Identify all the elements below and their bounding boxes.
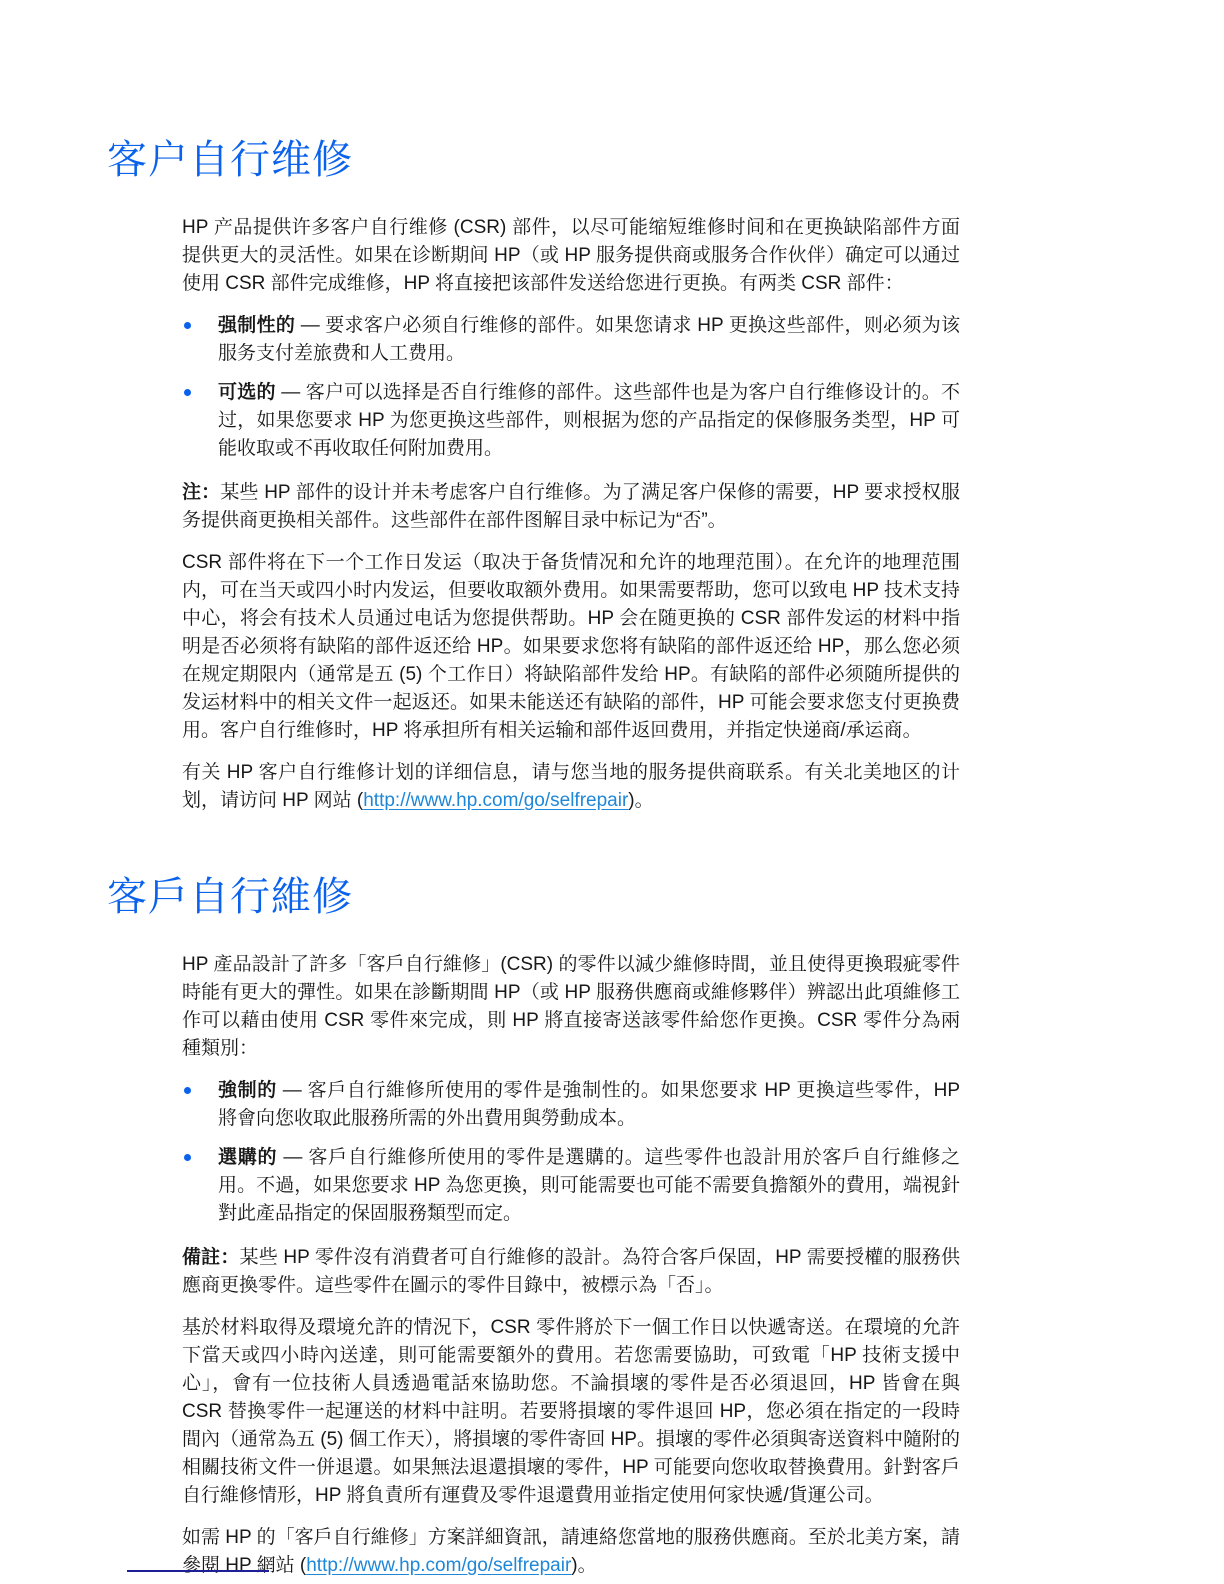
term-description: — 客户可以选择是否自行维修的部件。这些部件也是为客户自行维修设计的。不过，如果… bbox=[218, 382, 960, 459]
term-description: — 要求客户必须自行维修的部件。如果您请求 HP 更换这些部件，则必须为该服务支… bbox=[218, 315, 960, 364]
section-body: HP 產品設計了許多「客戶自行維修」(CSR) 的零件以減少維修時間，並且使得更… bbox=[182, 951, 960, 1580]
list-item-text: 選購的 — 客戶自行維修所使用的零件是選購的。這些零件也設計用於客戶自行維修之用… bbox=[218, 1144, 960, 1228]
list-item-text: 強制的 — 客戶自行維修所使用的零件是強制性的。如果您要求 HP 更換這些零件，… bbox=[218, 1077, 960, 1133]
section-customer-self-repair-simplified: 客户自行维修 HP 产品提供许多客户自行维修 (CSR) 部件，以尽可能缩短维修… bbox=[0, 0, 1224, 815]
list-item-text: 可选的 — 客户可以选择是否自行维修的部件。这些部件也是为客户自行维修设计的。不… bbox=[218, 379, 960, 463]
list-item-optional: 選購的 — 客戶自行維修所使用的零件是選購的。這些零件也設計用於客戶自行維修之用… bbox=[182, 1144, 960, 1228]
section-title: 客户自行维修 bbox=[107, 136, 1224, 184]
term-description: — 客戶自行維修所使用的零件是選購的。這些零件也設計用於客戶自行維修之用。不過，… bbox=[218, 1147, 960, 1224]
contact-paragraph: 有关 HP 客户自行维修计划的详细信息，请与您当地的服务提供商联系。有关北美地区… bbox=[182, 759, 960, 815]
bullet-icon bbox=[184, 1154, 191, 1161]
contact-paragraph: 如需 HP 的「客戶自行維修」方案詳細資訊，請連絡您當地的服務供應商。至於北美方… bbox=[182, 1524, 960, 1580]
section-title: 客戶自行維修 bbox=[107, 873, 1224, 921]
document-page: 客户自行维修 HP 产品提供许多客户自行维修 (CSR) 部件，以尽可能缩短维修… bbox=[0, 0, 1224, 1584]
csr-part-types-list: 强制性的 — 要求客户必须自行维修的部件。如果您请求 HP 更换这些部件，则必须… bbox=[182, 312, 960, 463]
term-label: 强制性的 bbox=[218, 315, 295, 336]
term-label: 強制的 bbox=[218, 1080, 277, 1101]
footnote-rule bbox=[127, 1570, 269, 1572]
term-label: 可选的 bbox=[218, 382, 276, 403]
shipping-paragraph: CSR 部件将在下一个工作日发运（取决于备货情况和允许的地理范围）。在允许的地理… bbox=[182, 549, 960, 745]
list-item-optional: 可选的 — 客户可以选择是否自行维修的部件。这些部件也是为客户自行维修设计的。不… bbox=[182, 379, 960, 463]
section-customer-self-repair-traditional: 客戶自行維修 HP 產品設計了許多「客戶自行維修」(CSR) 的零件以減少維修時… bbox=[0, 815, 1224, 1580]
selfrepair-link[interactable]: http://www.hp.com/go/selfrepair bbox=[363, 790, 628, 811]
contact-text-after: )。 bbox=[571, 1555, 596, 1576]
bullet-icon bbox=[184, 1087, 191, 1094]
note-paragraph: 注：某些 HP 部件的设计并未考虑客户自行维修。为了满足客户保修的需要，HP 要… bbox=[182, 479, 960, 535]
shipping-paragraph: 基於材料取得及環境允許的情況下，CSR 零件將於下一個工作日以快遞寄送。在環境的… bbox=[182, 1314, 960, 1510]
list-item-mandatory: 強制的 — 客戶自行維修所使用的零件是強制性的。如果您要求 HP 更換這些零件，… bbox=[182, 1077, 960, 1133]
list-item-mandatory: 强制性的 — 要求客户必须自行维修的部件。如果您请求 HP 更换这些部件，则必须… bbox=[182, 312, 960, 368]
term-label: 選購的 bbox=[218, 1147, 277, 1168]
list-item-text: 强制性的 — 要求客户必须自行维修的部件。如果您请求 HP 更换这些部件，则必须… bbox=[218, 312, 960, 368]
note-text: 某些 HP 零件沒有消費者可自行維修的設計。為符合客戶保固，HP 需要授權的服務… bbox=[182, 1247, 960, 1296]
contact-text-after: )。 bbox=[628, 790, 653, 811]
note-text: 某些 HP 部件的设计并未考虑客户自行维修。为了满足客户保修的需要，HP 要求授… bbox=[182, 482, 960, 531]
bullet-icon bbox=[184, 389, 191, 396]
intro-paragraph: HP 產品設計了許多「客戶自行維修」(CSR) 的零件以減少維修時間，並且使得更… bbox=[182, 951, 960, 1063]
note-label: 注： bbox=[182, 482, 220, 503]
intro-paragraph: HP 产品提供许多客户自行维修 (CSR) 部件，以尽可能缩短维修时间和在更换缺… bbox=[182, 214, 960, 298]
note-label: 備註： bbox=[182, 1247, 240, 1268]
note-paragraph: 備註：某些 HP 零件沒有消費者可自行維修的設計。為符合客戶保固，HP 需要授權… bbox=[182, 1244, 960, 1300]
bullet-icon bbox=[184, 322, 191, 329]
selfrepair-link[interactable]: http://www.hp.com/go/selfrepair bbox=[306, 1555, 571, 1576]
term-description: — 客戶自行維修所使用的零件是強制性的。如果您要求 HP 更換這些零件，HP 將… bbox=[218, 1080, 960, 1129]
section-body: HP 产品提供许多客户自行维修 (CSR) 部件，以尽可能缩短维修时间和在更换缺… bbox=[182, 214, 960, 815]
csr-part-types-list: 強制的 — 客戶自行維修所使用的零件是強制性的。如果您要求 HP 更換這些零件，… bbox=[182, 1077, 960, 1228]
